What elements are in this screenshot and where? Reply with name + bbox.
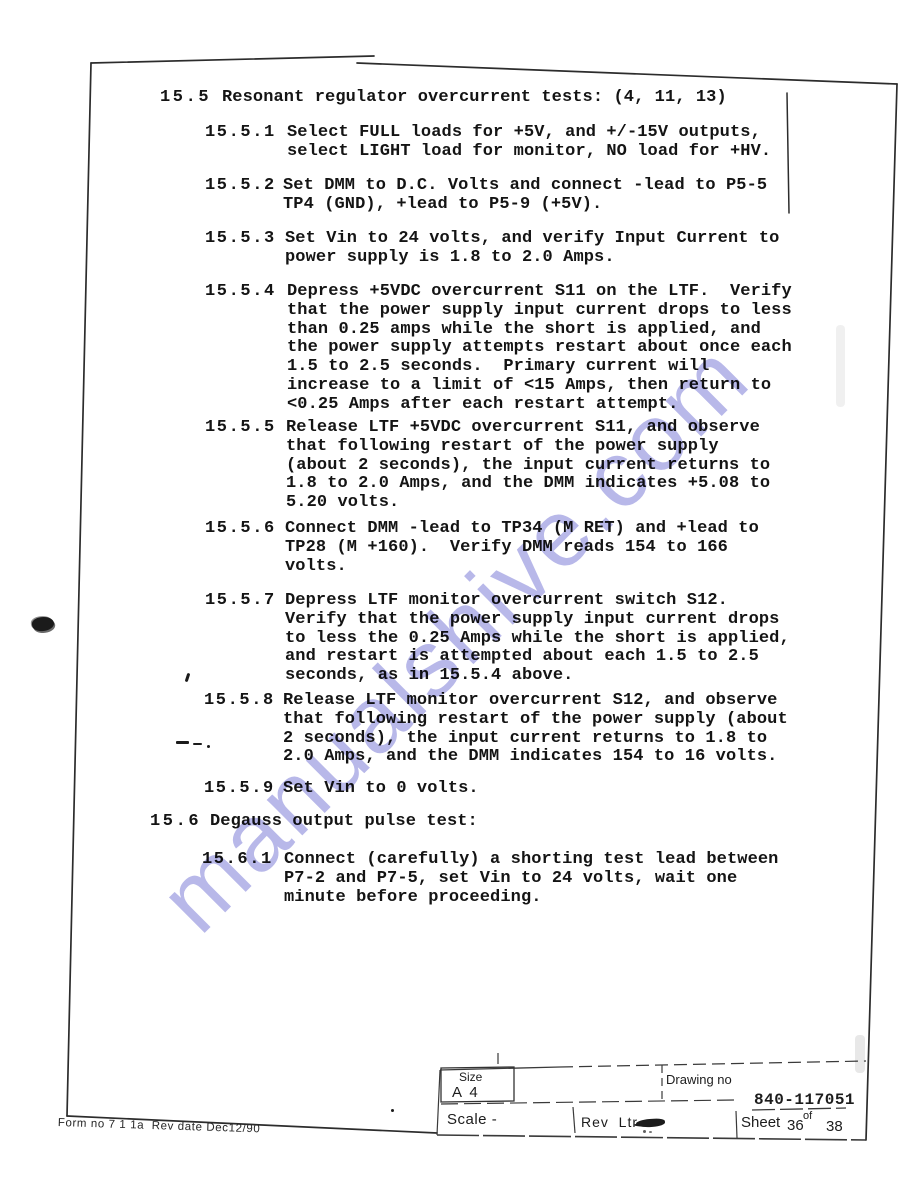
section-text: Depress +5VDC overcurrent S11 on the LTF… <box>287 283 792 415</box>
section-number: 15.5.3 <box>205 230 276 249</box>
scan-speck <box>649 1131 652 1133</box>
section-text: Select FULL loads for +5V, and +/-15V ou… <box>287 124 771 162</box>
titleblock-sheet-label: Sheet <box>741 1114 780 1131</box>
section-number: 15.5 <box>160 89 211 108</box>
section-text: Depress LTF monitor overcurrent switch S… <box>285 592 790 686</box>
titleblock-sheet-total: 38 <box>826 1118 843 1135</box>
titleblock-rev-ltr-label: Rev Ltr <box>581 1114 638 1130</box>
section-number: 15.5.5 <box>205 419 276 438</box>
stray-dash-mark <box>193 743 202 745</box>
section-text: Set Vin to 24 volts, and verify Input Cu… <box>285 230 779 268</box>
section-text: Degauss output pulse test: <box>210 813 478 832</box>
titleblock-size-value: A 4 <box>452 1084 480 1101</box>
titleblock-drawing-number: 840-117051 <box>754 1091 855 1109</box>
section-number: 15.5.4 <box>205 283 276 302</box>
titleblock-drawing-no-label: Drawing no <box>666 1072 732 1087</box>
section-text: Connect (carefully) a shorting test lead… <box>284 851 778 907</box>
section-text: Resonant regulator overcurrent tests: (4… <box>222 89 727 108</box>
scan-speck <box>207 745 210 748</box>
section-text: Set Vin to 0 volts. <box>283 780 479 799</box>
scanned-document-page: 15.5Resonant regulator overcurrent tests… <box>0 0 918 1188</box>
section-number: 15.5.1 <box>205 124 276 143</box>
scan-streak <box>855 1035 865 1073</box>
section-text: Set DMM to D.C. Volts and connect -lead … <box>283 177 767 215</box>
section-text: Release LTF monitor overcurrent S12, and… <box>283 692 788 767</box>
section-number: 15.5.7 <box>205 592 276 611</box>
section-number: 15.6.1 <box>202 851 273 870</box>
section-number: 15.5.6 <box>205 520 276 539</box>
titleblock-sheet-of-label: of <box>803 1110 812 1122</box>
scan-streak <box>836 325 845 407</box>
section-number: 15.5.2 <box>205 177 276 196</box>
section-number: 15.5.9 <box>204 780 275 799</box>
titleblock-scale-label: Scale - <box>447 1111 497 1128</box>
scan-speck <box>643 1130 646 1133</box>
stray-dash-mark <box>176 741 189 744</box>
section-number: 15.5.8 <box>204 692 275 711</box>
titleblock-size-label: Size <box>459 1070 482 1084</box>
section-text: Release LTF +5VDC overcurrent S11, and o… <box>286 419 770 513</box>
section-text: Connect DMM -lead to TP34 (M RET) and +l… <box>285 520 759 576</box>
section-number: 15.6 <box>150 813 201 832</box>
titleblock-sheet-page: 36 <box>787 1117 804 1134</box>
scan-speck <box>391 1109 394 1112</box>
